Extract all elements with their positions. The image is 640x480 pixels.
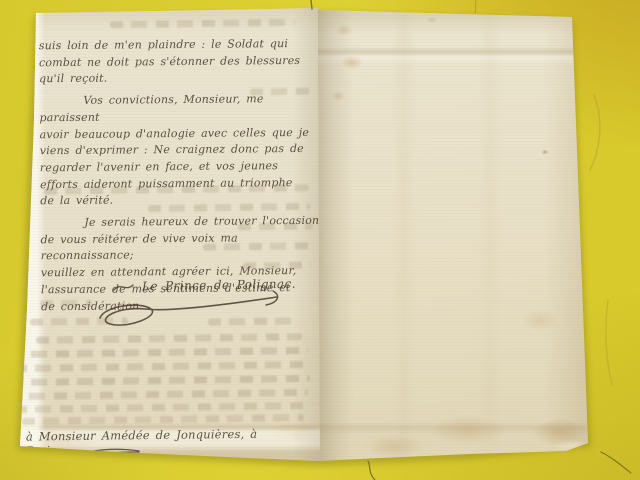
letter-line: combat ne doit pas s'étonner des blessur… [39,52,323,71]
letter-paragraph: Je serais heureux de trouver l'occasiond… [40,213,325,316]
letter-line: suis loin de m'en plaindre : le Soldat q… [39,36,323,55]
letter-line: Vos convictions, Monsieur, me paraissent [39,91,323,127]
letter-paragraph: Vos convictions, Monsieur, me paraissent… [39,91,324,210]
show-through-line [10,375,310,386]
letter-line: Je serais heureux de trouver l'occasion [40,213,324,232]
show-through-line [110,19,295,29]
show-through-line [36,333,302,344]
show-through-line [14,402,308,413]
show-through-line [14,361,309,372]
show-through-line [8,389,308,400]
photo-of-handwritten-letter: suis loin de m'en plaindre : le Soldat q… [0,0,640,480]
letter-line: qu'il reçoit. [39,69,323,88]
letter-line: de considération [41,296,325,315]
letter-line: viens d'exprimer : Ne craignez donc pas … [40,141,324,160]
letter-line: de la vérité. [40,191,324,210]
letter-line: efforts aideront puissamment au triomphe [40,174,324,193]
letter-line: de vous réitérer de vive voix ma reconna… [40,229,324,265]
valediction-line: Le Prince de Polignac. [142,277,296,294]
letter-paragraph: suis loin de m'en plaindre : le Soldat q… [39,36,323,89]
show-through-line [10,347,308,358]
show-through-line [22,414,304,425]
